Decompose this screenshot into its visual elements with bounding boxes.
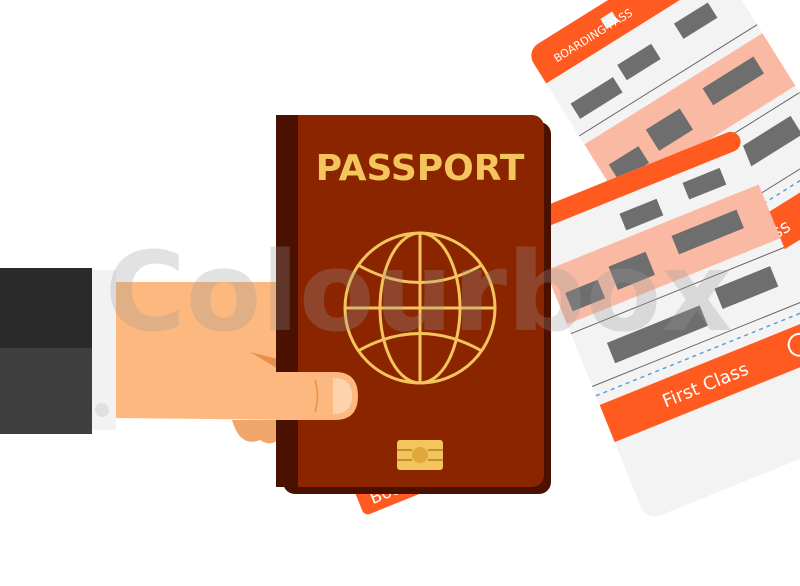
passport-title: PASSPORT	[316, 148, 525, 189]
passport-illustration: BOARDING PASS First Class	[0, 0, 800, 586]
watermark: Colourbox	[105, 228, 732, 356]
chip-icon	[397, 440, 443, 470]
thumb	[276, 372, 358, 420]
sleeve	[0, 268, 116, 434]
cuff-button-icon	[95, 403, 109, 417]
